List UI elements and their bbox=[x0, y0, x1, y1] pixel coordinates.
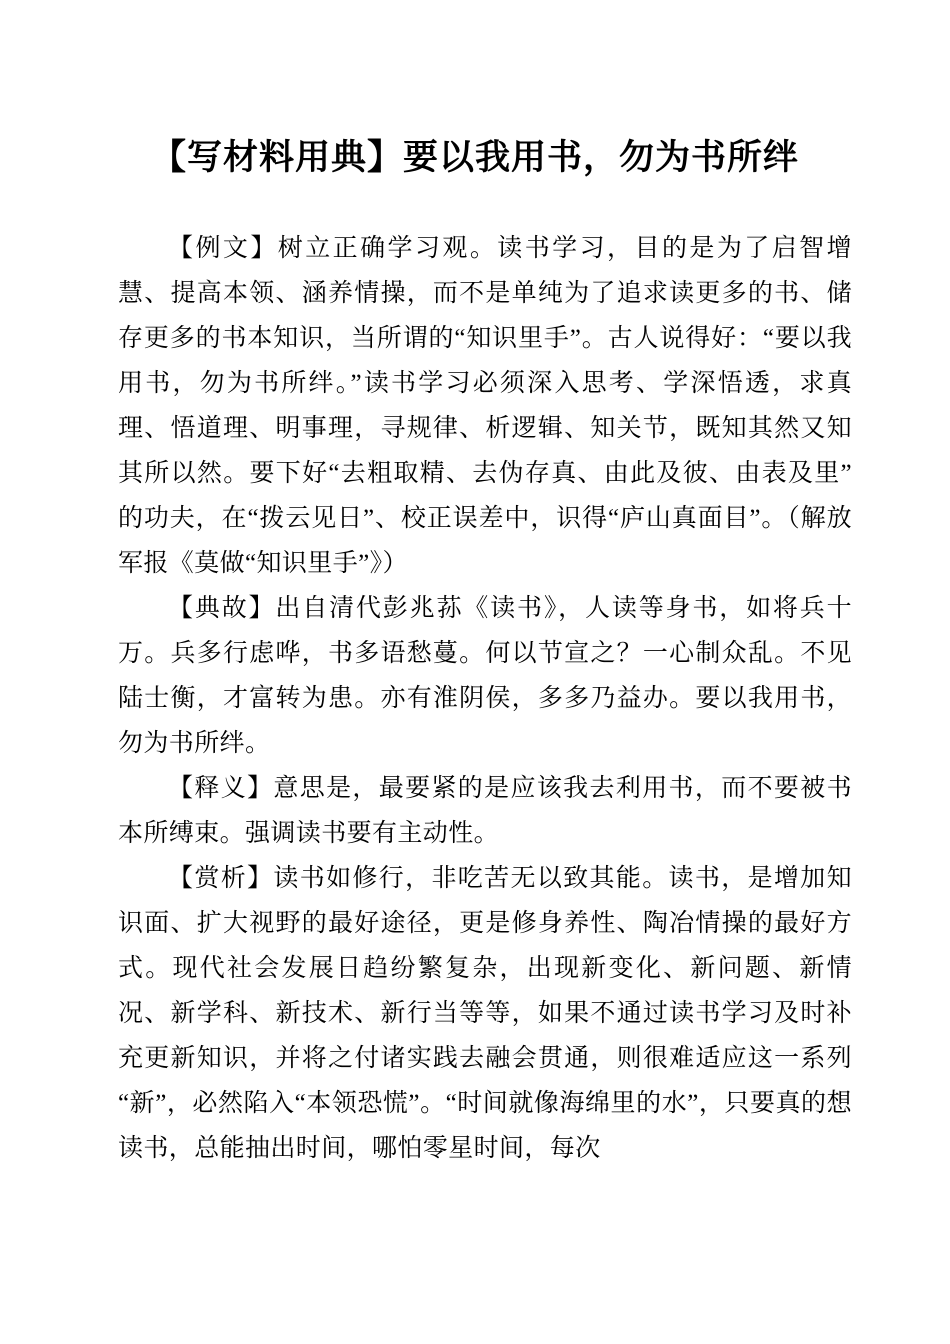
paragraph-liwen: 【例文】树立正确学习观。读书学习，目的是为了启智增慧、提高本领、涵养情操，而不是… bbox=[118, 226, 852, 586]
document-title: 【写材料用典】要以我用书，勿为书所绊 bbox=[0, 137, 950, 178]
paragraph-diangu: 【典故】出自清代彭兆荪《读书》，人读等身书，如将兵十万。兵多行虑哗，书多语愁蔓。… bbox=[118, 586, 852, 766]
document-page: 【写材料用典】要以我用书，勿为书所绊 【例文】树立正确学习观。读书学习，目的是为… bbox=[0, 0, 950, 1344]
document-body: 【例文】树立正确学习观。读书学习，目的是为了启智增慧、提高本领、涵养情操，而不是… bbox=[118, 226, 852, 1171]
paragraph-shiyi: 【释义】意思是，最要紧的是应该我去利用书，而不要被书本所缚束。强调读书要有主动性… bbox=[118, 766, 852, 856]
paragraph-shangxi: 【赏析】读书如修行，非吃苦无以致其能。读书，是增加知识面、扩大视野的最好途径，更… bbox=[118, 856, 852, 1171]
